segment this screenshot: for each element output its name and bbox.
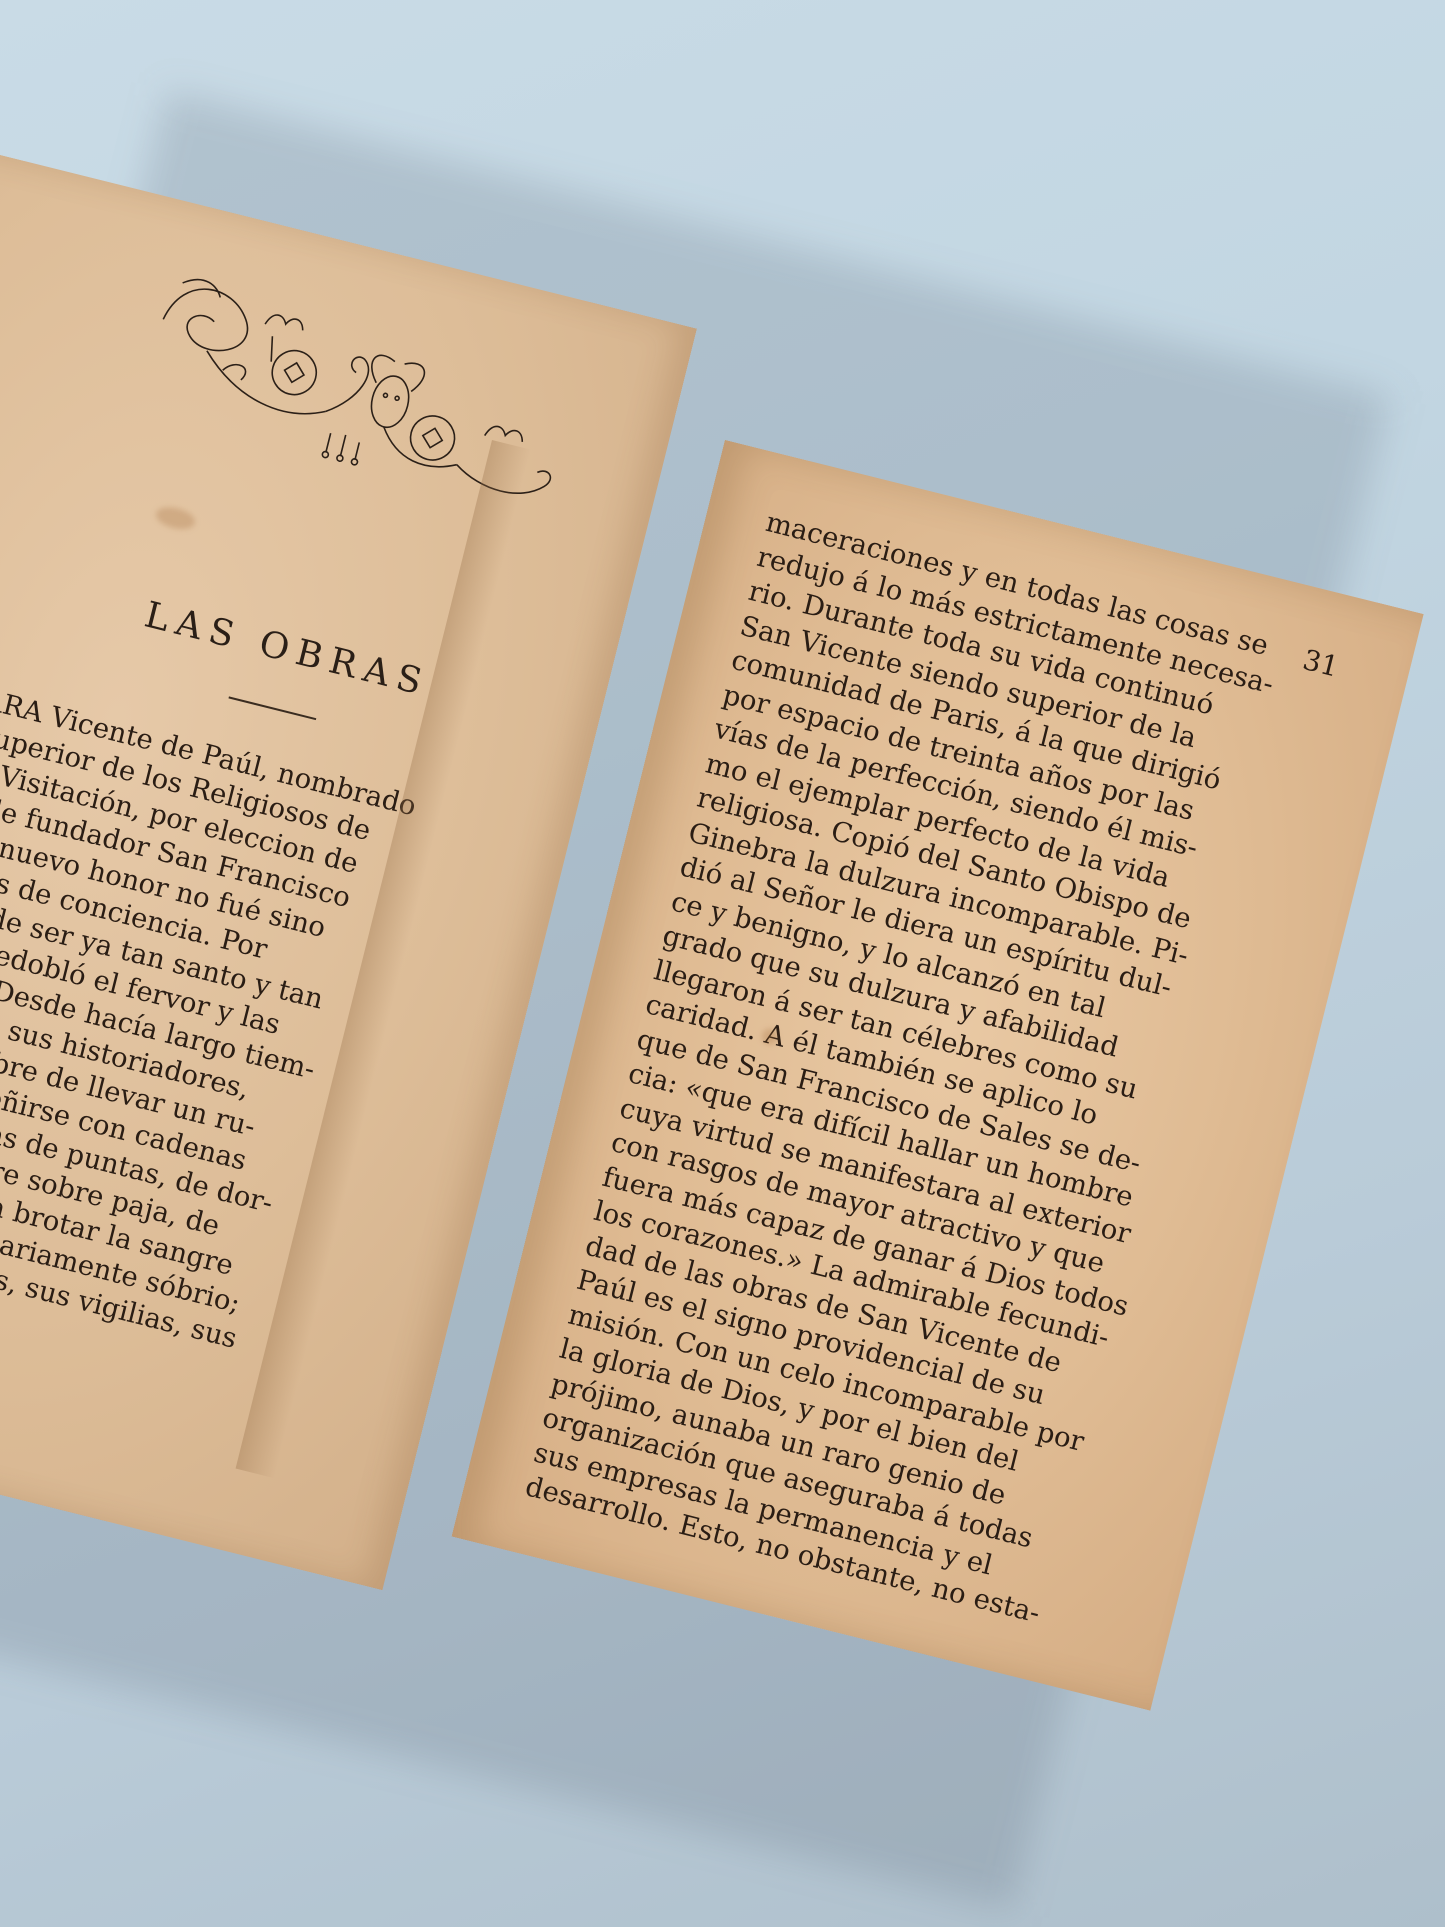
title-rule-divider [228,696,316,720]
page-number: 31 [1300,643,1343,684]
paper-stain [154,504,198,533]
ornament-headpiece-icon [127,259,595,530]
photo-scene: LAS OBRAS P ARA Vicente de Paúl, nombrad… [0,0,1445,1927]
